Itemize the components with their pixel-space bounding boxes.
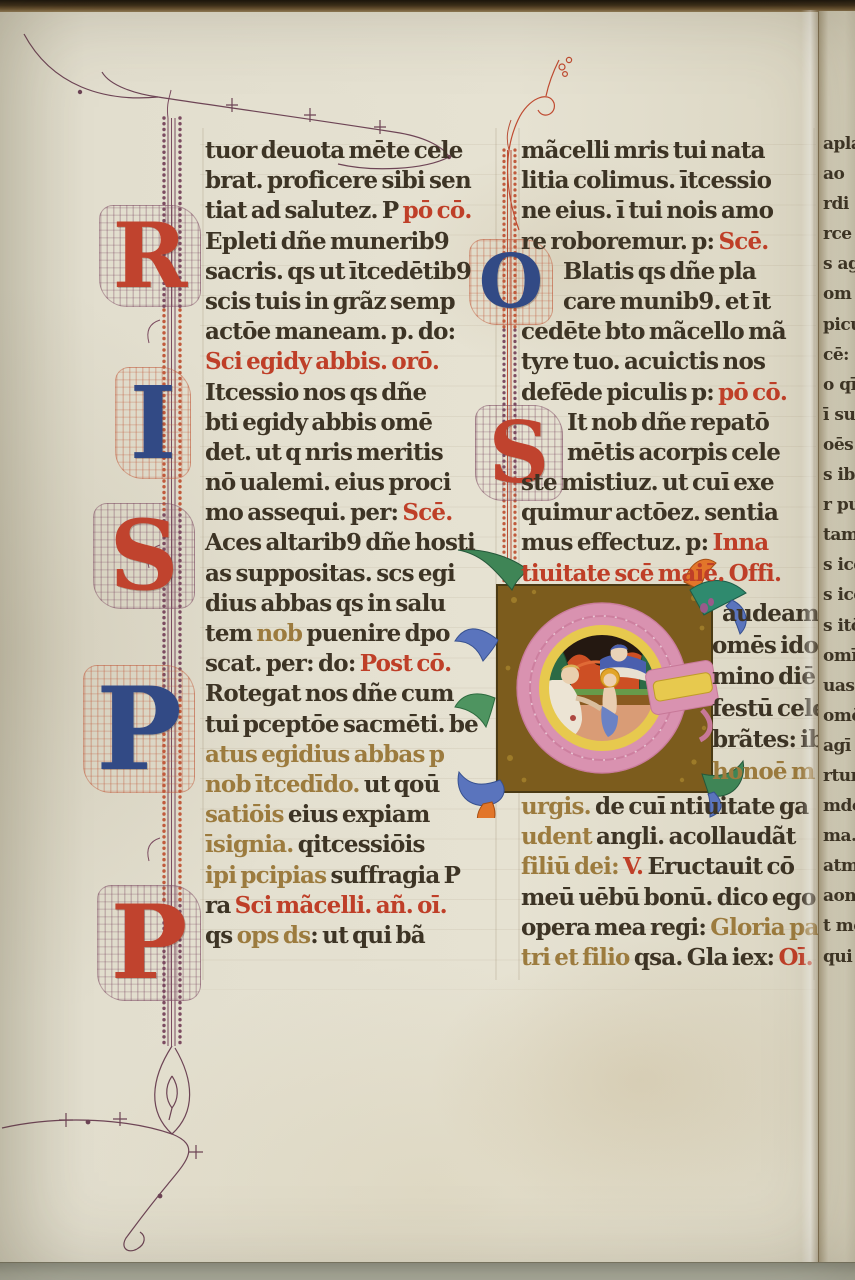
text-line: udent angli. acollaudãt	[521, 822, 815, 852]
book-top-edge	[0, 0, 855, 12]
text-line: ī sua	[823, 400, 855, 430]
text-run: r pu	[823, 495, 855, 515]
text-run: sacris. qs ut ītcedētib9	[205, 258, 471, 285]
page-fold-highlight	[801, 10, 818, 1262]
text-run: ut qoū	[364, 771, 440, 798]
text-line: re roboremur. p: Scē.	[521, 227, 815, 257]
text-line: scis tuis in grãz semp	[205, 287, 497, 317]
initial-letter: R	[104, 210, 196, 302]
text-run: īsignia.	[205, 831, 298, 858]
text-line: tri et filio qsa. Gla iex: Oī.	[521, 943, 815, 973]
text-run: ao	[823, 164, 844, 184]
text-run: ne eius. ī tui nois amo	[521, 197, 773, 224]
text-column-right-bottom: urgis. de cuī ntiuitate gaudent angli. a…	[521, 792, 815, 973]
text-run: Post cō.	[360, 650, 452, 677]
text-run: ra	[205, 892, 235, 919]
text-run: uas. T	[823, 676, 855, 696]
margin-initial-R: R	[104, 210, 196, 302]
text-run: de cuī ntiuitate ga	[595, 793, 808, 820]
text-line: oēs	[823, 430, 855, 460]
text-run: nō ualemi. eius proci	[205, 469, 451, 496]
text-run: atus egidius abbas p	[205, 741, 444, 768]
text-run: qsa. Gla iex:	[634, 944, 779, 971]
text-run: as suppositas. scs egi	[205, 560, 455, 587]
text-run: Eructauit cō	[647, 853, 794, 880]
text-run: cedēte bto mãcello mã	[521, 318, 786, 345]
text-run: mus effectuz. p:	[521, 529, 712, 556]
text-line: It nob dñe repatō	[521, 408, 815, 438]
text-run: tui pceptōe sacmēti. be	[205, 711, 478, 738]
text-run: ī sua	[823, 405, 855, 425]
text-line: ste mistiuz. ut cuī exe	[521, 468, 815, 498]
text-run: re roboremur. p:	[521, 228, 718, 255]
text-line: uas. T	[823, 671, 855, 701]
text-run: nob ītcedīdo.	[205, 771, 364, 798]
text-line: īsignia. qitcessiōis	[205, 830, 497, 860]
text-line: satiōis eius expiam	[205, 800, 497, 830]
text-run: mdou	[823, 796, 855, 816]
text-run: Scē.	[402, 499, 452, 526]
text-run: pō cō.	[403, 197, 472, 224]
text-run: Itcessio nos qs dñe	[205, 379, 426, 406]
text-run: eius expiam	[284, 801, 430, 828]
text-line: s ag	[823, 249, 855, 279]
text-line: agī s	[823, 731, 855, 761]
text-run: scat. per: do:	[205, 650, 360, 677]
text-line: s ib	[823, 460, 855, 490]
text-line: tiat ad salutez. P pō cō.	[205, 196, 497, 226]
margin-initial-P-red: P	[102, 890, 196, 996]
text-run: nob	[256, 620, 302, 647]
text-line: nob ītcedīdo. ut qoū	[205, 770, 497, 800]
text-line: bti egidy abbis omē	[205, 408, 497, 438]
text-run: mo assequi. per:	[205, 499, 402, 526]
text-line: rtum.	[823, 761, 855, 791]
text-line: Rotegat nos dñe cum	[205, 679, 497, 709]
text-line: ao	[823, 159, 855, 189]
facing-page-text: aplaaordirce qs agom bpicucē: 2o qīī sua…	[823, 129, 855, 972]
text-run: ma. s	[823, 826, 855, 846]
text-line: cē: 2	[823, 340, 855, 370]
text-line: actōe maneam. p. do:	[205, 317, 497, 347]
text-run: puenire dpo	[302, 620, 450, 647]
text-run: aonc	[823, 886, 855, 906]
text-line: atmo	[823, 851, 855, 881]
text-run: tam	[823, 525, 855, 545]
text-line: omēs	[823, 701, 855, 731]
text-line: rdi	[823, 189, 855, 219]
text-line: rce q	[823, 219, 855, 249]
facing-page-edge: aplaaordirce qs agom bpicucē: 2o qīī sua…	[818, 11, 855, 1262]
text-run: qitcessiōis	[298, 831, 425, 858]
text-line: mdou	[823, 791, 855, 821]
text-line: ne eius. ī tui nois amo	[521, 196, 815, 226]
text-run: qui b	[823, 947, 855, 967]
text-run: tuor deuota mēte cele	[205, 137, 463, 164]
text-run: picu	[823, 315, 855, 335]
text-line: tyre tuo. acuictis nos	[521, 347, 815, 377]
text-column-left: tuor deuota mēte celebrat. proficere sib…	[205, 136, 497, 951]
text-run: s ib	[823, 465, 855, 485]
text-line: meū uēbū bonū. dico ego	[521, 883, 815, 913]
text-line: Itcessio nos qs dñe	[205, 378, 497, 408]
text-line: Epleti dñe munerib9	[205, 227, 497, 257]
text-run: mino diē	[712, 663, 815, 690]
text-run: litia colimus. ītcessio	[521, 167, 771, 194]
text-run: Aces altarib9 dñe hosti	[205, 529, 475, 556]
text-run: qs	[205, 922, 237, 949]
initial-letter: P	[88, 670, 190, 788]
text-run: care munib9. et īt	[563, 288, 771, 315]
text-line: quimur actōez. sentia	[521, 498, 815, 528]
text-run: rtum.	[823, 766, 855, 786]
text-run: omēs	[823, 706, 855, 726]
text-run: quimur actōez. sentia	[521, 499, 778, 526]
text-run: agī s	[823, 736, 855, 756]
text-run: angli. acollaudãt	[596, 823, 796, 850]
table-surface	[0, 1262, 855, 1280]
text-run: tiat ad salutez. P	[205, 197, 403, 224]
text-line: Aces altarib9 dñe hosti	[205, 528, 497, 558]
text-run: It nob dñe repatō	[567, 409, 769, 436]
text-line: opera mea regi: Gloria pa	[521, 913, 815, 943]
margin-initial-S: S	[98, 508, 190, 604]
text-run: pō cō.	[718, 379, 787, 406]
text-line: tiuitate scē maiē. Offi.	[521, 559, 815, 589]
margin-initial-P-blue: P	[88, 670, 190, 788]
text-run: o qī	[823, 375, 855, 395]
text-line: dius abbas qs in salu	[205, 589, 497, 619]
text-run: s icē	[823, 555, 855, 575]
margin-initial-I: I	[120, 372, 186, 474]
initial-letter: I	[120, 372, 186, 474]
text-run: ste mistiuz. ut cuī exe	[521, 469, 774, 496]
text-run: cē:	[823, 345, 854, 365]
text-line: as suppositas. scs egi	[205, 559, 497, 589]
text-run: ops ds	[237, 922, 311, 949]
text-run: bti egidy abbis omē	[205, 409, 432, 436]
text-run: Scē.	[718, 228, 768, 255]
text-run: brat. proficere sibi sen	[205, 167, 471, 194]
text-line: s icē	[823, 550, 855, 580]
text-line: det. ut q nris meritis	[205, 438, 497, 468]
text-line: picu	[823, 310, 855, 340]
text-run: ipi pcipias	[205, 862, 330, 889]
text-run: tem	[205, 620, 256, 647]
text-run: Epleti dñe munerib9	[205, 228, 449, 255]
text-run: tiuitate scē maiē. Offi.	[521, 560, 781, 587]
text-line: tem nob puenire dpo	[205, 619, 497, 649]
text-line: sacris. qs ut ītcedētib9	[205, 257, 497, 287]
text-run: scis tuis in grãz semp	[205, 288, 455, 315]
text-run: honoē m	[712, 758, 815, 785]
text-run: Rotegat nos dñe cum	[205, 680, 454, 707]
text-line: nō ualemi. eius proci	[205, 468, 497, 498]
text-run: omī	[823, 646, 855, 666]
text-run: : ut qui bã	[310, 922, 425, 949]
text-run: mētis acorpis cele	[567, 439, 780, 466]
text-run: s itō	[823, 616, 855, 636]
text-run: s ag	[823, 254, 855, 274]
text-line: tuor deuota mēte cele	[205, 136, 497, 166]
initial-letter: P	[102, 890, 196, 996]
text-line: defēde piculis p: pō cō.	[521, 378, 815, 408]
text-run: Blatis qs dñe pla	[563, 258, 756, 285]
text-line: ra Sci mãcelli. añ. oī.	[205, 891, 497, 921]
text-run: dius abbas qs in salu	[205, 590, 445, 617]
text-line: Blatis qs dñe pla	[521, 257, 815, 287]
text-run: tyre tuo. acuictis nos	[521, 348, 765, 375]
text-line: s icō	[823, 580, 855, 610]
text-run: rce q	[823, 224, 855, 244]
text-line: omī	[823, 641, 855, 671]
text-run: t mc	[823, 916, 855, 936]
text-line: mētis acorpis cele	[521, 438, 815, 468]
initial-letter: S	[98, 508, 190, 604]
text-run: atmo	[823, 856, 855, 876]
text-line: urgis. de cuī ntiuitate ga	[521, 792, 815, 822]
text-line: brat. proficere sibi sen	[205, 166, 497, 196]
text-line: ma. s	[823, 821, 855, 851]
text-run: Sci egidy abbis. orō.	[205, 348, 439, 375]
text-run: filiū dei:	[521, 853, 623, 880]
text-run: meū uēbū bonū. dico ego	[521, 884, 816, 911]
text-line: qs ops ds: ut qui bã	[205, 921, 497, 951]
text-run: actōe maneam. p. do:	[205, 318, 455, 345]
text-line: Sci egidy abbis. orō.	[205, 347, 497, 377]
text-run: rdi	[823, 194, 849, 214]
text-run: satiōis	[205, 801, 284, 828]
text-line: ipi pcipias suffragia P	[205, 861, 497, 891]
text-line: qui b	[823, 942, 855, 972]
text-line: tam	[823, 520, 855, 550]
text-line: o qī	[823, 370, 855, 400]
text-line: scat. per: do: Post cō.	[205, 649, 497, 679]
text-line: atus egidius abbas p	[205, 740, 497, 770]
text-line: litia colimus. ītcessio	[521, 166, 815, 196]
manuscript-photo: R I S P P O S	[0, 0, 855, 1280]
text-run: Sci mãcelli. añ. oī.	[235, 892, 447, 919]
text-line: care munib9. et īt	[521, 287, 815, 317]
text-run: apla	[823, 134, 855, 154]
text-run: urgis.	[521, 793, 595, 820]
text-line: filiū dei: V. Eructauit cō	[521, 852, 815, 882]
text-run: defēde piculis p:	[521, 379, 718, 406]
text-line: cedēte bto mãcello mã	[521, 317, 815, 347]
text-run: om b	[823, 284, 855, 304]
text-line: s itō	[823, 611, 855, 641]
text-run: V.	[623, 853, 647, 880]
text-column-right-top: mãcelli mris tui natalitia colimus. ītce…	[521, 136, 815, 589]
text-run: oēs	[823, 435, 853, 455]
text-run: Inna	[712, 529, 768, 556]
text-line: r pu	[823, 490, 855, 520]
text-line: aonc	[823, 881, 855, 911]
text-line: om b	[823, 279, 855, 309]
text-run: opera mea regi:	[521, 914, 710, 941]
text-line: mus effectuz. p: Inna	[521, 528, 815, 558]
text-line: mo assequi. per: Scē.	[205, 498, 497, 528]
text-line: mãcelli mris tui nata	[521, 136, 815, 166]
text-run: tri et filio	[521, 944, 634, 971]
text-line: apla	[823, 129, 855, 159]
text-run: s icō	[823, 585, 855, 605]
text-run: det. ut q nris meritis	[205, 439, 443, 466]
text-line: tui pceptōe sacmēti. be	[205, 710, 497, 740]
text-line: t mc	[823, 911, 855, 941]
text-run: mãcelli mris tui nata	[521, 137, 765, 164]
text-run: suffragia P	[330, 862, 460, 889]
text-run: udent	[521, 823, 596, 850]
